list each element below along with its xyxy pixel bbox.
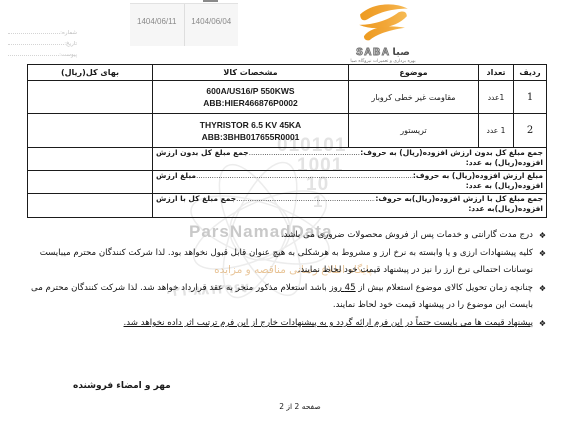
summary-row-with-vat: جمع مبلغ کل با ارزش افزوده(ریال)به حروف:… <box>28 194 547 218</box>
subject-cell: مقاومت غیر خطی کروبار <box>349 81 479 114</box>
table-row: 2 1 عدد تریستور THYRISTOR 6.5 KV 45KA AB… <box>28 114 547 148</box>
diamond-bullet-icon: ❖ <box>539 227 546 244</box>
summary-line1: مبلغ ارزش افزوده(ریال) به حروف: ........… <box>156 171 543 180</box>
summary-line1: جمع مبلغ کل بدون ارزش افزوده(ریال) به حر… <box>156 148 543 157</box>
publish-date-cell[interactable]: 1404/06/04 <box>184 4 239 46</box>
quantity-cell: 1عدد <box>479 81 514 114</box>
summary-tail: جمع مبلغ کل بدون ارزش <box>156 148 249 157</box>
specs-line1: THYRISTOR 6.5 KV 45KA <box>156 119 345 131</box>
note-delivery-45-days: ❖ چنانچه زمان تحویل کالای موضوع استعلام … <box>27 280 546 314</box>
col-header-row-number: ردیف <box>514 65 547 81</box>
summary-amount-cell <box>28 194 153 218</box>
dotted-leader: ........................................… <box>236 195 375 203</box>
meta-attachment-row: پیوست: <box>5 49 77 60</box>
note-text: پیشنهاد قیمت ها می بایست حتماً در این فر… <box>124 318 533 328</box>
col-header-subject: موضوع <box>349 65 479 81</box>
diamond-bullet-icon: ❖ <box>539 245 546 262</box>
specs-line2: ABB:3BHB017655R0001 <box>156 131 345 143</box>
note-warranty: ❖ درج مدت گارانتی و خدمات پس از فروش محص… <box>27 227 546 244</box>
items-table: ردیف تعداد موضوع مشخصات کالا بهای کل(ریا… <box>27 64 547 218</box>
summary-label: مبلغ ارزش افزوده(ریال) به حروف: <box>413 171 543 180</box>
specs-line1: 600A/US16/P 550KWS <box>156 85 345 97</box>
saba-swoosh-icon <box>352 2 414 42</box>
row-number-cell: 2 <box>514 114 547 148</box>
dotted-leader: ........................................… <box>196 172 413 180</box>
summary-label: جمع مبلغ کل بدون ارزش افزوده(ریال) به حر… <box>360 148 543 157</box>
summary-amount-cell <box>28 148 153 171</box>
note-text-pre: چنانچه زمان تحویل کالای موضوع استعلام بی… <box>356 283 533 293</box>
row-number-cell: 1 <box>514 81 547 114</box>
dotted-line <box>8 32 60 34</box>
summary-line2: افزوده(ریال) به عدد: <box>156 158 543 167</box>
attachment-label: پیوست: <box>59 52 77 58</box>
seller-stamp-signature-label: مهر و امضاء فروشنده <box>73 381 171 391</box>
subject-cell: تریستور <box>349 114 479 148</box>
note-text-underlined: 45 روز <box>329 283 355 293</box>
saba-logo: SABA صبا بهره برداری و تعمیرات نیروگاه ص… <box>341 2 425 64</box>
document-content: شماره: تاریخ: پیوست: 1404/06/11 1404/06/… <box>0 0 576 438</box>
summary-row-without-vat: جمع مبلغ کل بدون ارزش افزوده(ریال) به حر… <box>28 148 547 171</box>
total-price-cell <box>28 81 153 114</box>
summary-text-cell: جمع مبلغ کل با ارزش افزوده(ریال)به حروف:… <box>153 194 547 218</box>
summary-line2: افزوده(ریال)به عدد: <box>156 204 543 213</box>
logo-latin-text: SABA <box>356 47 390 58</box>
dotted-line <box>8 54 59 56</box>
specs-cell: THYRISTOR 6.5 KV 45KA ABB:3BHB017655R000… <box>153 114 349 148</box>
summary-tail: جمع مبلغ کل با ارزش <box>156 194 236 203</box>
table-header-row: ردیف تعداد موضوع مشخصات کالا بهای کل(ریا… <box>28 65 547 81</box>
dotted-leader: ........................................… <box>249 149 361 157</box>
summary-amount-cell <box>28 171 153 194</box>
top-border-tick <box>203 0 218 2</box>
summary-line1: جمع مبلغ کل با ارزش افزوده(ریال)به حروف:… <box>156 194 543 203</box>
table-row: 1 1عدد مقاومت غیر خطی کروبار 600A/US16/P… <box>28 81 547 114</box>
summary-text-cell: جمع مبلغ کل بدون ارزش افزوده(ریال) به حر… <box>153 148 547 171</box>
logo-wordmark: SABA صبا <box>341 47 425 58</box>
summary-row-vat: مبلغ ارزش افزوده(ریال) به حروف: ........… <box>28 171 547 194</box>
number-label: شماره: <box>60 30 77 36</box>
quantity-cell: 1 عدد <box>479 114 514 148</box>
specs-cell: 600A/US16/P 550KWS ABB:HIER466876P0002 <box>153 81 349 114</box>
inquiry-form-page: 010101 1001 10 1 ParsNamadData پایگاه اط… <box>0 0 576 438</box>
date-label: تاریخ: <box>64 41 77 47</box>
summary-tail: مبلغ ارزش <box>156 171 196 180</box>
summary-label: جمع مبلغ کل با ارزش افزوده(ریال)به حروف: <box>375 194 543 203</box>
note-form-only: ❖ پیشنهاد قیمت ها می بایست حتماً در این … <box>27 315 546 332</box>
note-text: کلیه پیشنهادات ارزی و یا وابسته به نرخ ا… <box>40 248 533 275</box>
diamond-bullet-icon: ❖ <box>539 315 546 332</box>
deadline-date-cell[interactable]: 1404/06/11 <box>130 4 184 46</box>
total-price-cell <box>28 114 153 148</box>
meta-number-row: شماره: <box>5 27 77 38</box>
col-header-quantity: تعداد <box>479 65 514 81</box>
col-header-total-price: بهای کل(ریال) <box>28 65 153 81</box>
letterhead-meta: شماره: تاریخ: پیوست: <box>5 27 77 60</box>
col-header-specs: مشخصات کالا <box>153 65 349 81</box>
terms-notes: ❖ درج مدت گارانتی و خدمات پس از فروش محص… <box>27 227 546 333</box>
dotted-line <box>8 43 64 45</box>
note-currency: ❖ کلیه پیشنهادات ارزی و یا وابسته به نرخ… <box>27 245 546 279</box>
meta-date-row: تاریخ: <box>5 38 77 49</box>
diamond-bullet-icon: ❖ <box>539 280 546 297</box>
summary-text-cell: مبلغ ارزش افزوده(ریال) به حروف: ........… <box>153 171 547 194</box>
date-panel: 1404/06/11 1404/06/04 <box>130 3 238 46</box>
logo-persian-text: صبا <box>392 47 410 58</box>
specs-line2: ABB:HIER466876P0002 <box>156 97 345 109</box>
page-number: صفحه 2 از 2 <box>255 402 345 411</box>
summary-line2: افزوده(ریال) به عدد: <box>156 181 543 190</box>
note-text: درج مدت گارانتی و خدمات پس از فروش محصول… <box>281 230 533 240</box>
